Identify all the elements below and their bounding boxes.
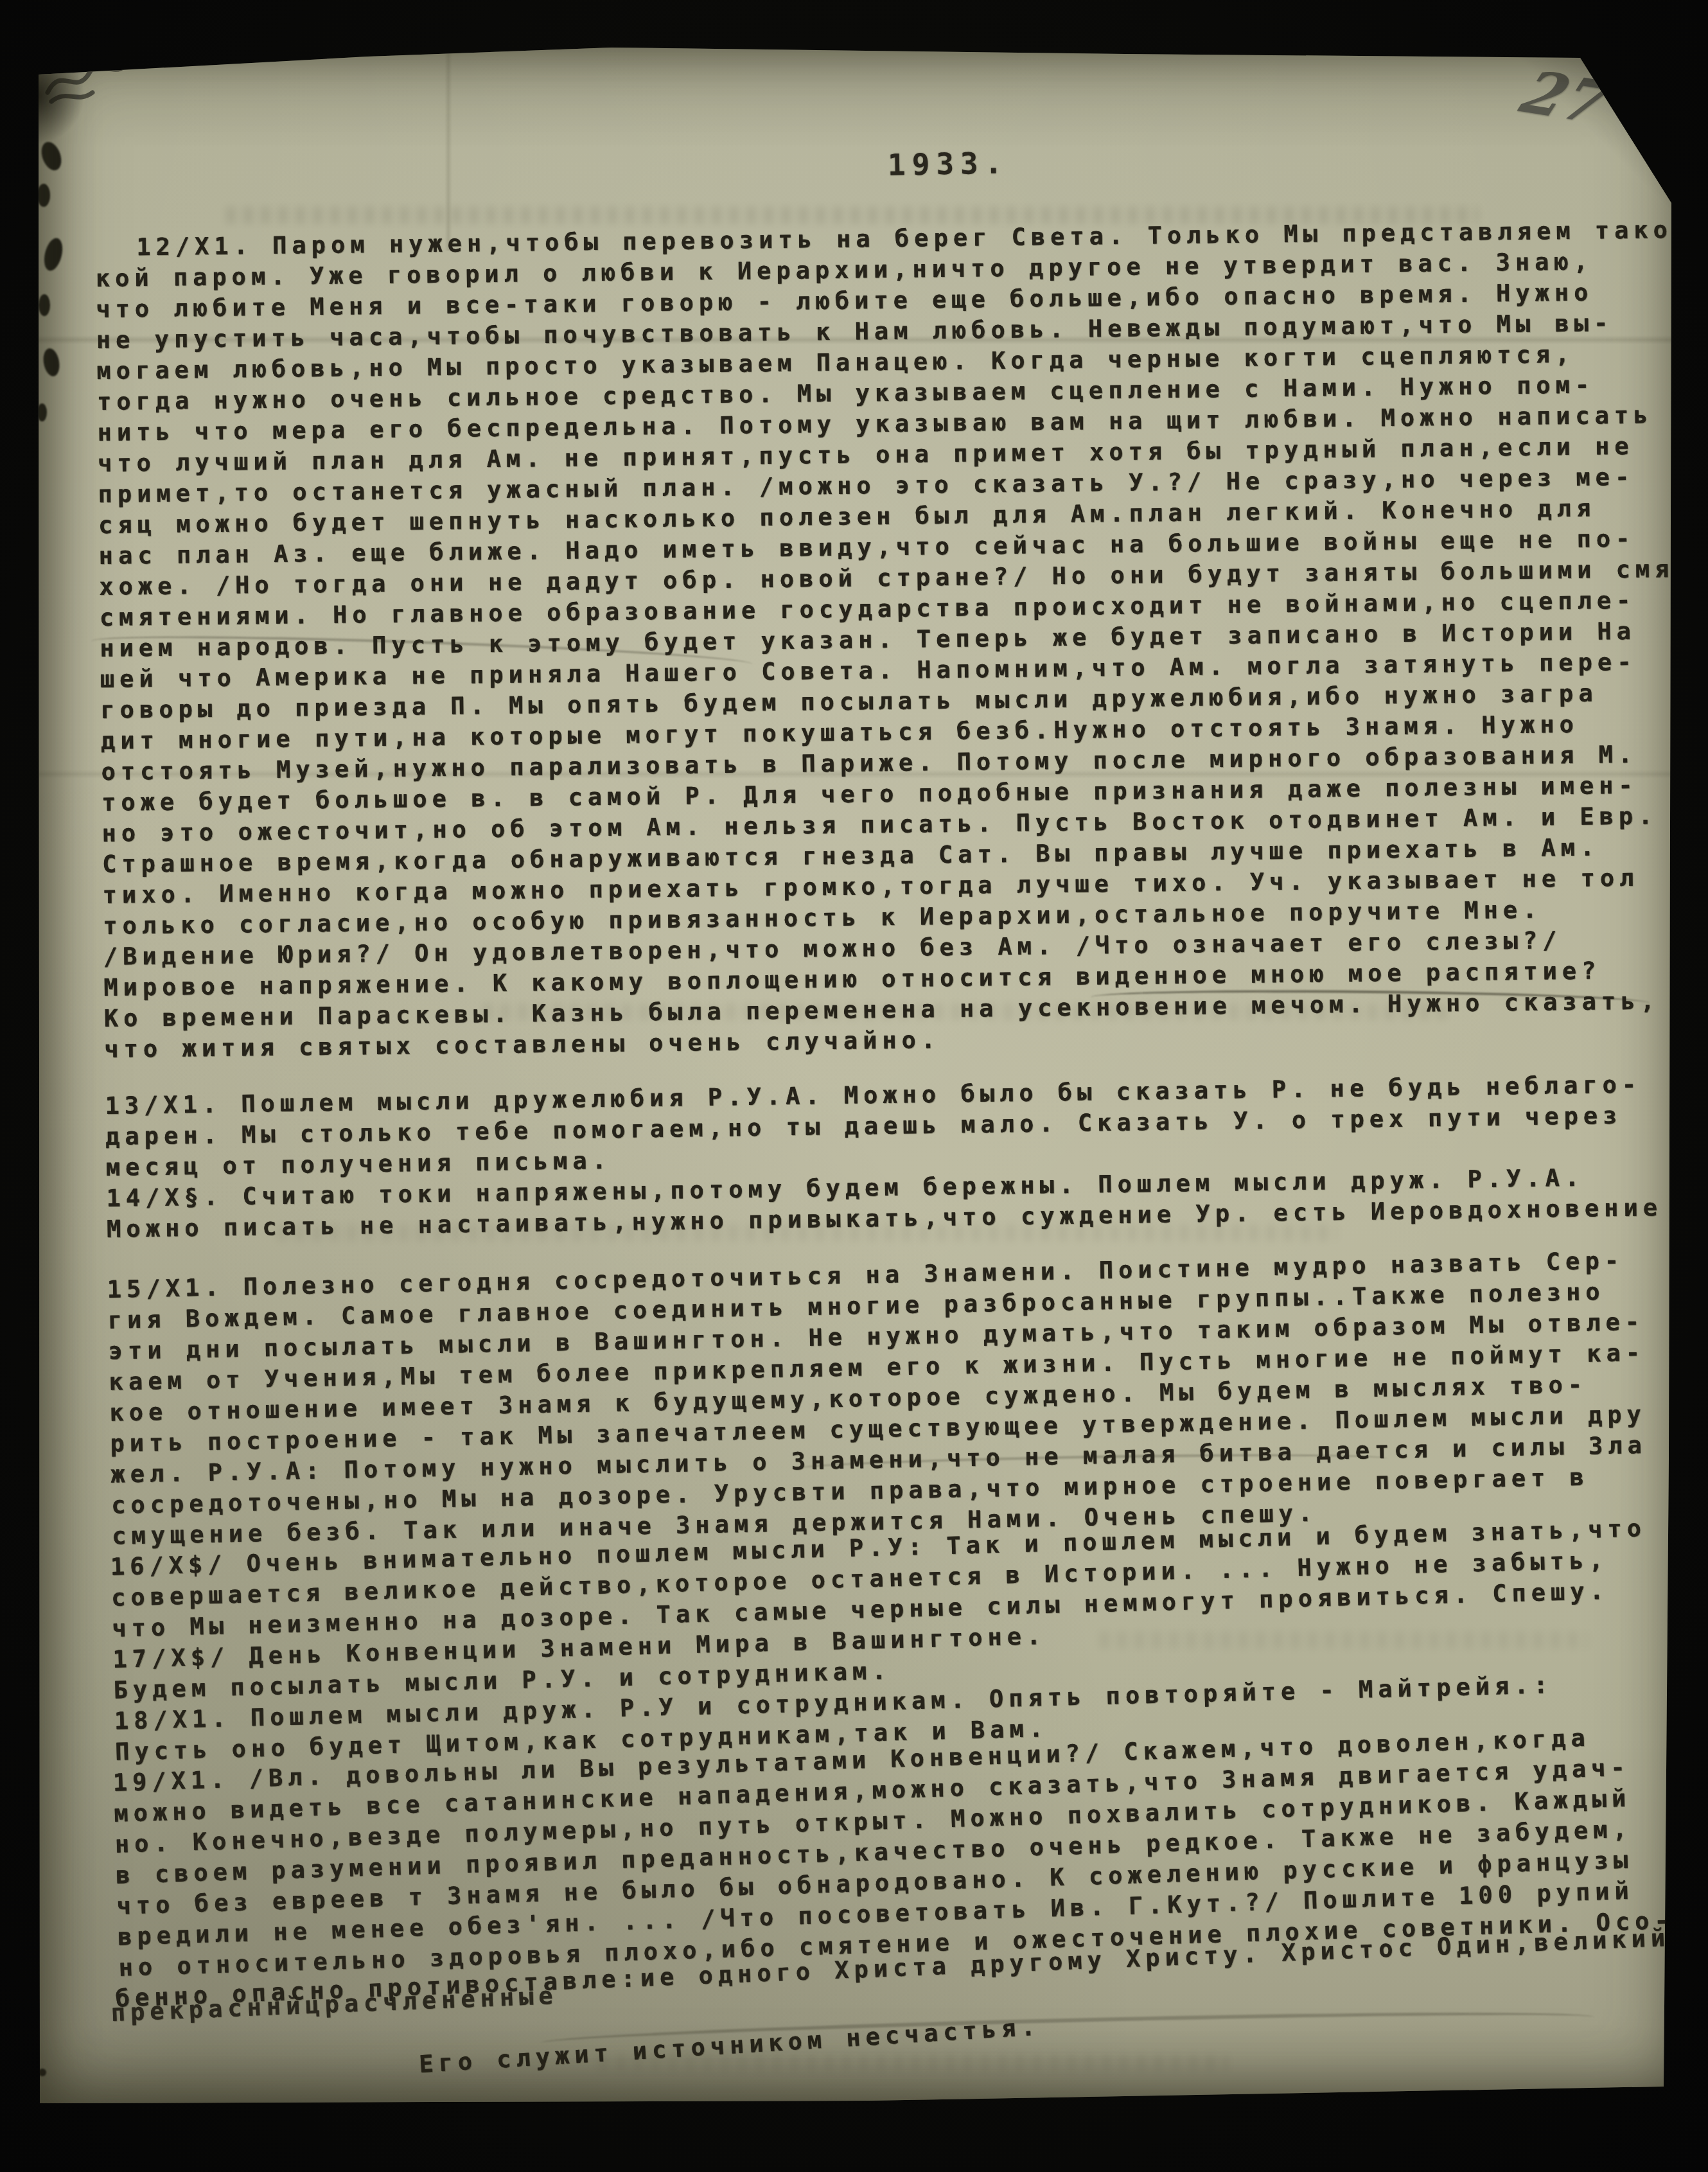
year-heading: 1933.: [888, 145, 1009, 182]
ink-blob: [41, 347, 61, 377]
ink-blob: [41, 236, 66, 273]
ink-blob: [39, 2069, 46, 2076]
entry-15-x1: 15/X1. Полезно сегодня сосредоточиться н…: [107, 1244, 1682, 1552]
scanned-page: 1933. 27 12/X1. Паром н: [33, 45, 1682, 2108]
scan-background: 1933. 27 12/X1. Паром н: [0, 0, 1708, 2172]
entry-13-x1: 13/X1. Пошлем мысли дружелюбия Р.У.А. Мо…: [105, 1068, 1682, 1245]
ink-blob: [37, 184, 50, 207]
torn-corner-shadow: [33, 62, 85, 145]
typewritten-text: 12/X1. Паром нужен,чтобы перевозить на б…: [95, 215, 1682, 2081]
cut-corner-shade: [1502, 45, 1682, 251]
ink-blob: [39, 294, 50, 316]
ink-blob: [37, 403, 47, 421]
paper-crease: [445, 45, 452, 251]
entry-12-x1: 12/X1. Паром нужен,чтобы перевозить на б…: [95, 215, 1682, 1065]
